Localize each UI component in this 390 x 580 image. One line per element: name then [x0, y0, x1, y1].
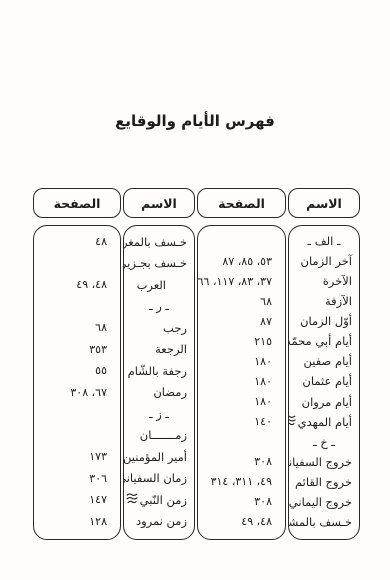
index-entry-name: أيام المهدي: [289, 412, 359, 432]
entry-label: خـسف بالمشرق: [288, 515, 352, 529]
entry-label: الآخرة: [323, 274, 352, 288]
page-cell-empty: [198, 231, 285, 251]
header-page-col-2: الصفحة: [33, 188, 121, 218]
index-entry-name: خروج السفياني: [289, 452, 359, 472]
index-entry-name: الرجعة: [124, 339, 194, 361]
index-entry-pages: ٦٧، ٣٠٨: [34, 382, 120, 404]
entry-label: الرجعة: [155, 342, 187, 356]
page-column-1: ٥٣، ٨٥، ٨٧٣٧، ٨٣، ١١٧، ١٦٦٦٨٨٧٢١٥١٨٠١٨٠١…: [197, 225, 286, 540]
index-entry-pages: ٦٨: [34, 317, 120, 339]
index-entry-pages: ١٨٠: [198, 392, 285, 412]
entry-label: أوّل الزمان: [300, 314, 352, 328]
entry-label: رمضان: [153, 385, 187, 399]
index-entry-pages: ٤٨، ٤٩: [198, 512, 285, 532]
header-name-col-2: الاسم: [123, 188, 195, 218]
index-entry-pages: ٥٣، ٨٥، ٨٧: [198, 251, 285, 271]
section-divider: ـ خ ـ: [289, 432, 359, 452]
index-entry-pages: ١٧٣: [34, 446, 120, 468]
index-entry-pages: ٤٩، ٣١١، ٣١٤: [198, 472, 285, 492]
entry-label: خروج السفياني: [288, 455, 352, 469]
index-entry-pages: ٨٧: [198, 311, 285, 331]
section-divider: ـ الف ـ: [289, 231, 359, 251]
index-entry-name: آخر الزمان: [289, 251, 359, 271]
entry-label: رجب: [163, 321, 187, 335]
entry-label: أيام المهدي: [298, 415, 352, 429]
entry-label: أيام عثمان: [302, 374, 352, 388]
index-entry-pages: ٣٧، ٨٣، ١١٧، ١٦٦: [198, 271, 285, 291]
header-name-col-1: الاسم: [288, 188, 360, 218]
index-entry-name: أيام عثمان: [289, 371, 359, 391]
entry-label: خروج القائم: [295, 475, 352, 489]
index-entry-pages: ١٤٧: [34, 489, 120, 511]
index-entry-name: أيام صفين: [289, 351, 359, 371]
entry-label: خـسف بجـزيرة: [123, 256, 187, 270]
index-entry-name: رجفة بالشّام: [124, 360, 194, 382]
section-divider: ـ ر ـ: [124, 296, 194, 318]
index-entry-name: زمن النّبي: [124, 489, 194, 511]
index-entry-name: خـسف بالمشرق: [289, 512, 359, 532]
index-entry-pages: ٣٠٨: [198, 452, 285, 472]
index-entry-name: خـسف بالمغرب: [124, 231, 194, 253]
index-entry-name: أوّل الزمان: [289, 311, 359, 331]
honorific-mark-icon: [288, 414, 296, 427]
index-entry-name: خـسف بجـزيرة: [124, 253, 194, 275]
index-entry-pages: ١٨٠: [198, 371, 285, 391]
index-entry-pages: ٢١٥: [198, 331, 285, 351]
name-column-2: خـسف بالمغربخـسف بجـزيرةالعربـ ر ـرجبالر…: [123, 225, 195, 540]
index-entry-pages: ١٨٠: [198, 351, 285, 371]
index-entry-pages: ٥٥: [34, 360, 120, 382]
section-divider: ـ ز ـ: [124, 403, 194, 425]
name-column-1: ـ الف ـآخر الزمانالآخرةالآزفةأوّل الزمان…: [288, 225, 360, 540]
index-entry-name: خروج اليماني: [289, 492, 359, 512]
entry-label: آخر الزمان: [301, 254, 352, 268]
index-entry-name: زمن نمرود: [124, 511, 194, 533]
page-title: فهرس الأيام والوقايع: [0, 112, 390, 130]
index-entry-pages: ٤٨: [34, 231, 120, 253]
entry-label: زمان السفياني: [123, 471, 187, 485]
index-entry-name: خروج القائم: [289, 472, 359, 492]
index-entry-name: زمـــــــان: [124, 425, 194, 447]
index-entry-pages: ١٤٠: [198, 412, 285, 432]
page-column-2: ٤٨٤٨، ٤٩٦٨٣٥٣٥٥٦٧، ٣٠٨١٧٣٣٠٦١٤٧١٢٨: [33, 225, 121, 540]
entry-label: زمن النّبي: [140, 493, 187, 507]
honorific-mark-icon: [126, 492, 138, 505]
index-entry-pages: ٦٨: [198, 291, 285, 311]
page-cell-empty: [198, 432, 285, 452]
entry-label: أيام مروان: [302, 395, 352, 409]
entry-label: زمـــــــان: [140, 428, 187, 442]
index-entry-pages: ٣٠٨: [198, 492, 285, 512]
entry-label: أمير المؤمنين: [123, 450, 187, 464]
entry-label: خروج اليماني: [289, 495, 352, 509]
entry-label: الآزفة: [325, 294, 352, 308]
entry-label: خـسف بالمغرب: [123, 235, 187, 249]
index-table: الصفحة الاسم الصفحة الاسم ٤٨٤٨، ٤٩٦٨٣٥٣٥…: [33, 188, 360, 540]
page-cell-empty: [34, 403, 120, 425]
index-entry-name: زمان السفياني: [124, 468, 194, 490]
index-entry-pages: ٣٠٦: [34, 468, 120, 490]
entry-label: أيام صفين: [304, 354, 352, 368]
index-entry-pages: ٤٨، ٤٩: [34, 274, 120, 296]
index-entry-name: أيام أبي محمّد: [289, 331, 359, 351]
page-cell-empty: [34, 296, 120, 318]
index-entry-pages: ١٢٨: [34, 511, 120, 533]
index-entry-name: العرب: [124, 274, 194, 296]
index-entry-name: الآخرة: [289, 271, 359, 291]
entry-label: زمن نمرود: [136, 514, 187, 528]
index-entry-pages: [34, 253, 120, 275]
index-entry-name: الآزفة: [289, 291, 359, 311]
index-entry-name: رجب: [124, 317, 194, 339]
entry-label: أيام أبي محمّد: [288, 334, 352, 348]
entry-label: رجفة بالشّام: [128, 364, 187, 378]
index-entry-name: أيام مروان: [289, 392, 359, 412]
header-page-col-1: الصفحة: [197, 188, 286, 218]
entry-label: العرب: [137, 278, 166, 292]
index-entry-name: أمير المؤمنين: [124, 446, 194, 468]
index-entry-pages: [34, 425, 120, 447]
index-entry-pages: ٣٥٣: [34, 339, 120, 361]
index-entry-name: رمضان: [124, 382, 194, 404]
